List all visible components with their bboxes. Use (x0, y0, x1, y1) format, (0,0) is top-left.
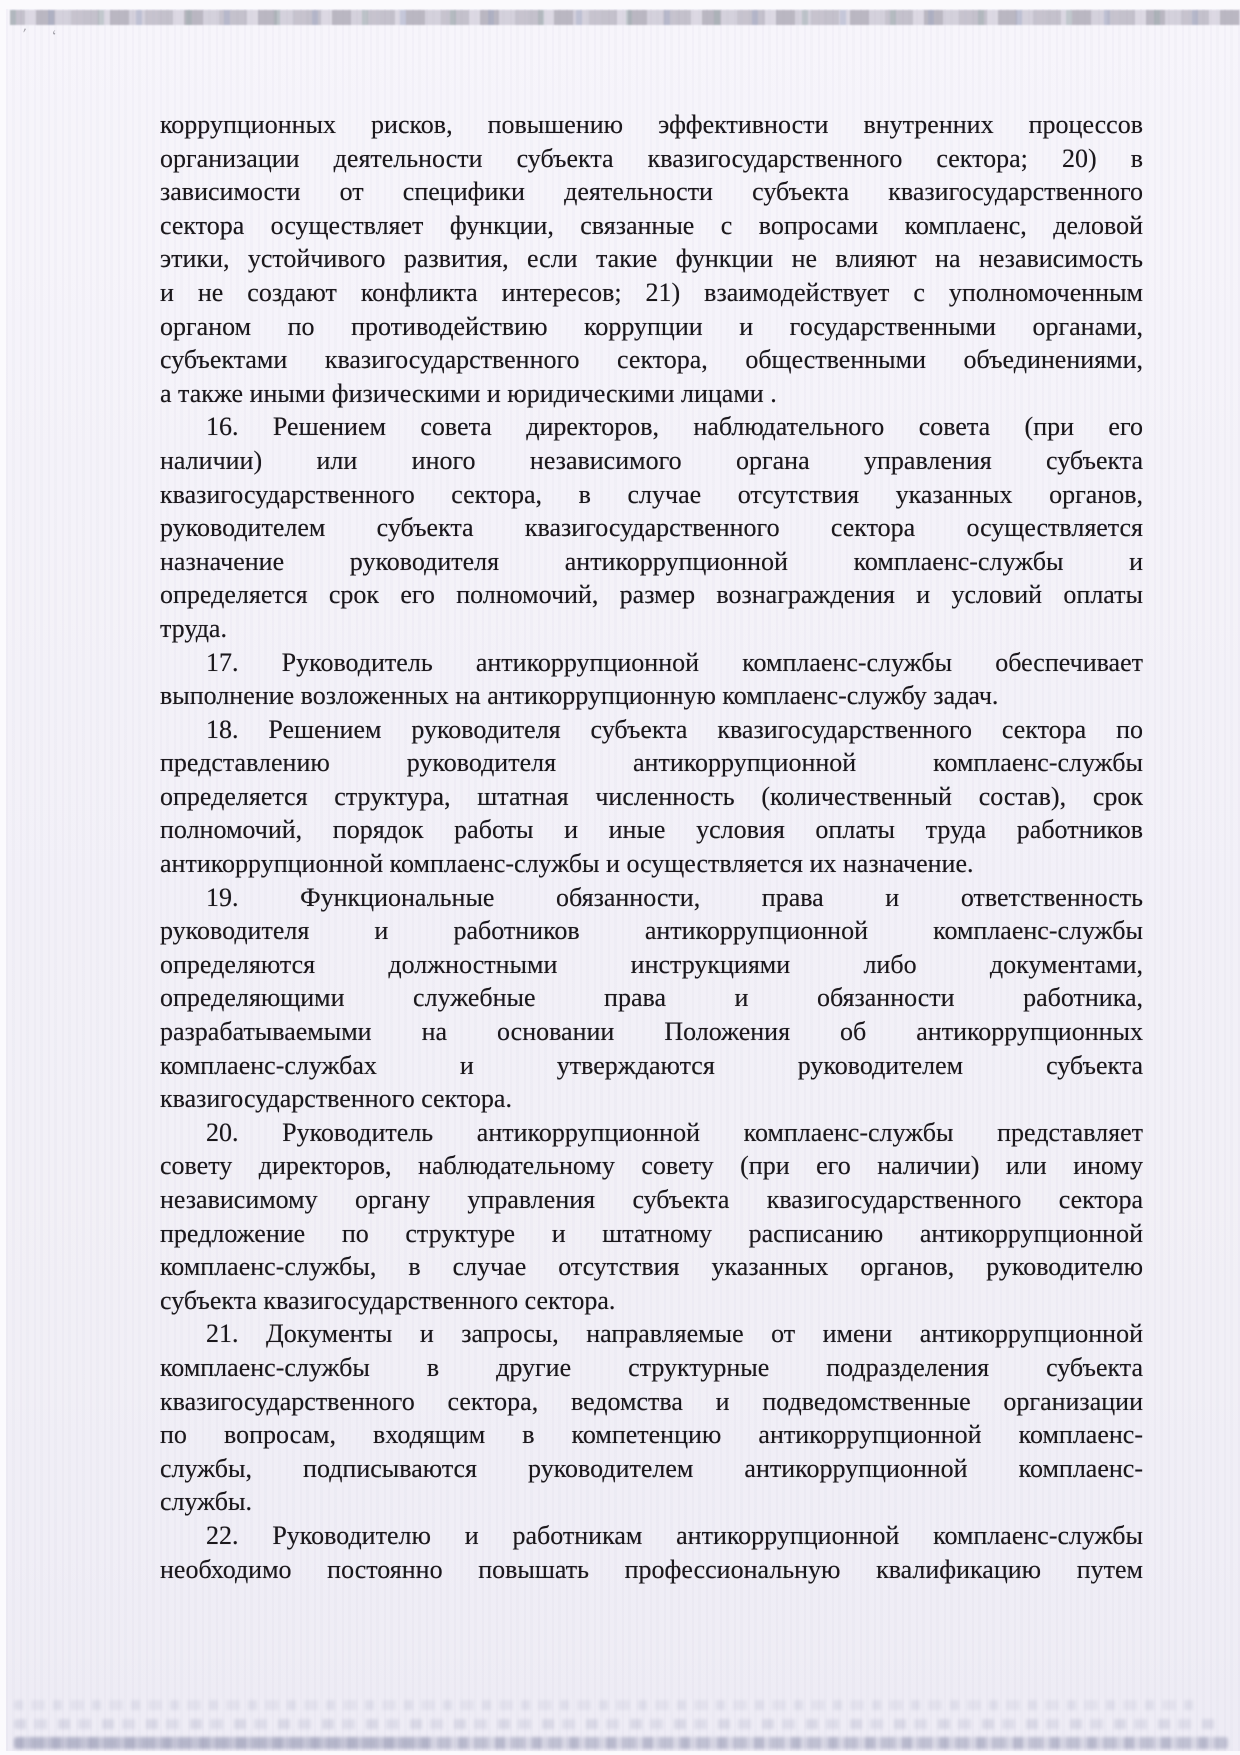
text-line: независимому органу управления субъекта … (160, 1183, 1143, 1217)
text-line: организации деятельности субъекта квазиг… (160, 142, 1143, 176)
paragraph-22: 22. Руководителю и работникам антикорруп… (160, 1519, 1143, 1586)
text-line: представлению руководителя антикоррупцио… (160, 746, 1143, 780)
text-line: 22. Руководителю и работникам антикорруп… (160, 1519, 1143, 1553)
text-line: а также иными физическими и юридическими… (160, 377, 1143, 411)
text-line: комплаенс-службах и утверждаются руковод… (160, 1049, 1143, 1083)
text-line: полномочий, порядок работы и иные услови… (160, 813, 1143, 847)
document-text-column: коррупционных рисков, повышению эффектив… (160, 108, 1143, 1586)
paragraph-21: 21. Документы и запросы, направляемые от… (160, 1317, 1143, 1519)
scan-edge-band (10, 10, 1240, 25)
text-line: выполнение возложенных на антикоррупцион… (160, 679, 1143, 713)
paragraph-20: 20. Руководитель антикоррупционной компл… (160, 1116, 1143, 1318)
paragraph-16: 16. Решением совета директоров, наблюдат… (160, 410, 1143, 645)
text-line: определяются должностными инструкциями л… (160, 948, 1143, 982)
text-line: органом по противодействию коррупции и г… (160, 310, 1143, 344)
text-line: квазигосударственного сектора, в случае … (160, 478, 1143, 512)
bleedthrough-line (14, 1700, 1200, 1710)
text-line: сектора осуществляет функции, связанные … (160, 209, 1143, 243)
text-line: субъектами квазигосударственного сектора… (160, 343, 1143, 377)
text-line: 17. Руководитель антикоррупционной компл… (160, 646, 1143, 680)
text-line: необходимо постоянно повышать профессион… (160, 1553, 1143, 1587)
text-line: совету директоров, наблюдательному совет… (160, 1149, 1143, 1183)
text-line: 21. Документы и запросы, направляемые от… (160, 1317, 1143, 1351)
text-line: и не создают конфликта интересов; 21) вз… (160, 276, 1143, 310)
paragraph-15-continuation: коррупционных рисков, повышению эффектив… (160, 108, 1143, 410)
text-line: зависимости от специфики деятельности су… (160, 175, 1143, 209)
text-line: этики, устойчивого развития, если такие … (160, 242, 1143, 276)
bleedthrough-line (14, 1737, 1228, 1749)
text-line: 19. Функциональные обязанности, права и … (160, 881, 1143, 915)
text-line: определяется срок его полномочий, размер… (160, 578, 1143, 612)
paragraph-19: 19. Функциональные обязанности, права и … (160, 881, 1143, 1116)
text-line: 20. Руководитель антикоррупционной компл… (160, 1116, 1143, 1150)
text-line: квазигосударственного сектора. (160, 1082, 1143, 1116)
text-line: назначение руководителя антикоррупционно… (160, 545, 1143, 579)
text-line: руководителя и работников антикоррупцион… (160, 914, 1143, 948)
text-line: службы, подписываются руководителем анти… (160, 1452, 1143, 1486)
paragraph-17: 17. Руководитель антикоррупционной компл… (160, 646, 1143, 713)
text-line: труда. (160, 612, 1143, 646)
text-line: комплаенс-службы, в случае отсутствия ук… (160, 1250, 1143, 1284)
text-line: службы. (160, 1485, 1143, 1519)
text-line: 16. Решением совета директоров, наблюдат… (160, 410, 1143, 444)
text-line: квазигосударственного сектора, ведомства… (160, 1385, 1143, 1419)
scanned-document-page: { "colors": { "paper_tint": "#f3f1f8", "… (0, 0, 1240, 1755)
text-line: коррупционных рисков, повышению эффектив… (160, 108, 1143, 142)
text-line: определяющими служебные права и обязанно… (160, 981, 1143, 1015)
text-line: по вопросам, входящим в компетенцию анти… (160, 1418, 1143, 1452)
text-line: комплаенс-службы в другие структурные по… (160, 1351, 1143, 1385)
text-line: предложение по структуре и штатному расп… (160, 1217, 1143, 1251)
text-line: антикоррупционной комплаенс-службы и осу… (160, 847, 1143, 881)
text-line: руководителем субъекта квазигосударствен… (160, 511, 1143, 545)
text-line: 18. Решением руководителя субъекта квази… (160, 713, 1143, 747)
text-line: определяется структура, штатная численно… (160, 780, 1143, 814)
text-line: субъекта квазигосударственного сектора. (160, 1284, 1143, 1318)
text-line: наличии) или иного независимого органа у… (160, 444, 1143, 478)
paragraph-18: 18. Решением руководителя субъекта квази… (160, 713, 1143, 881)
bleedthrough-line (14, 1719, 1216, 1729)
text-line: разрабатываемыми на основании Положения … (160, 1015, 1143, 1049)
